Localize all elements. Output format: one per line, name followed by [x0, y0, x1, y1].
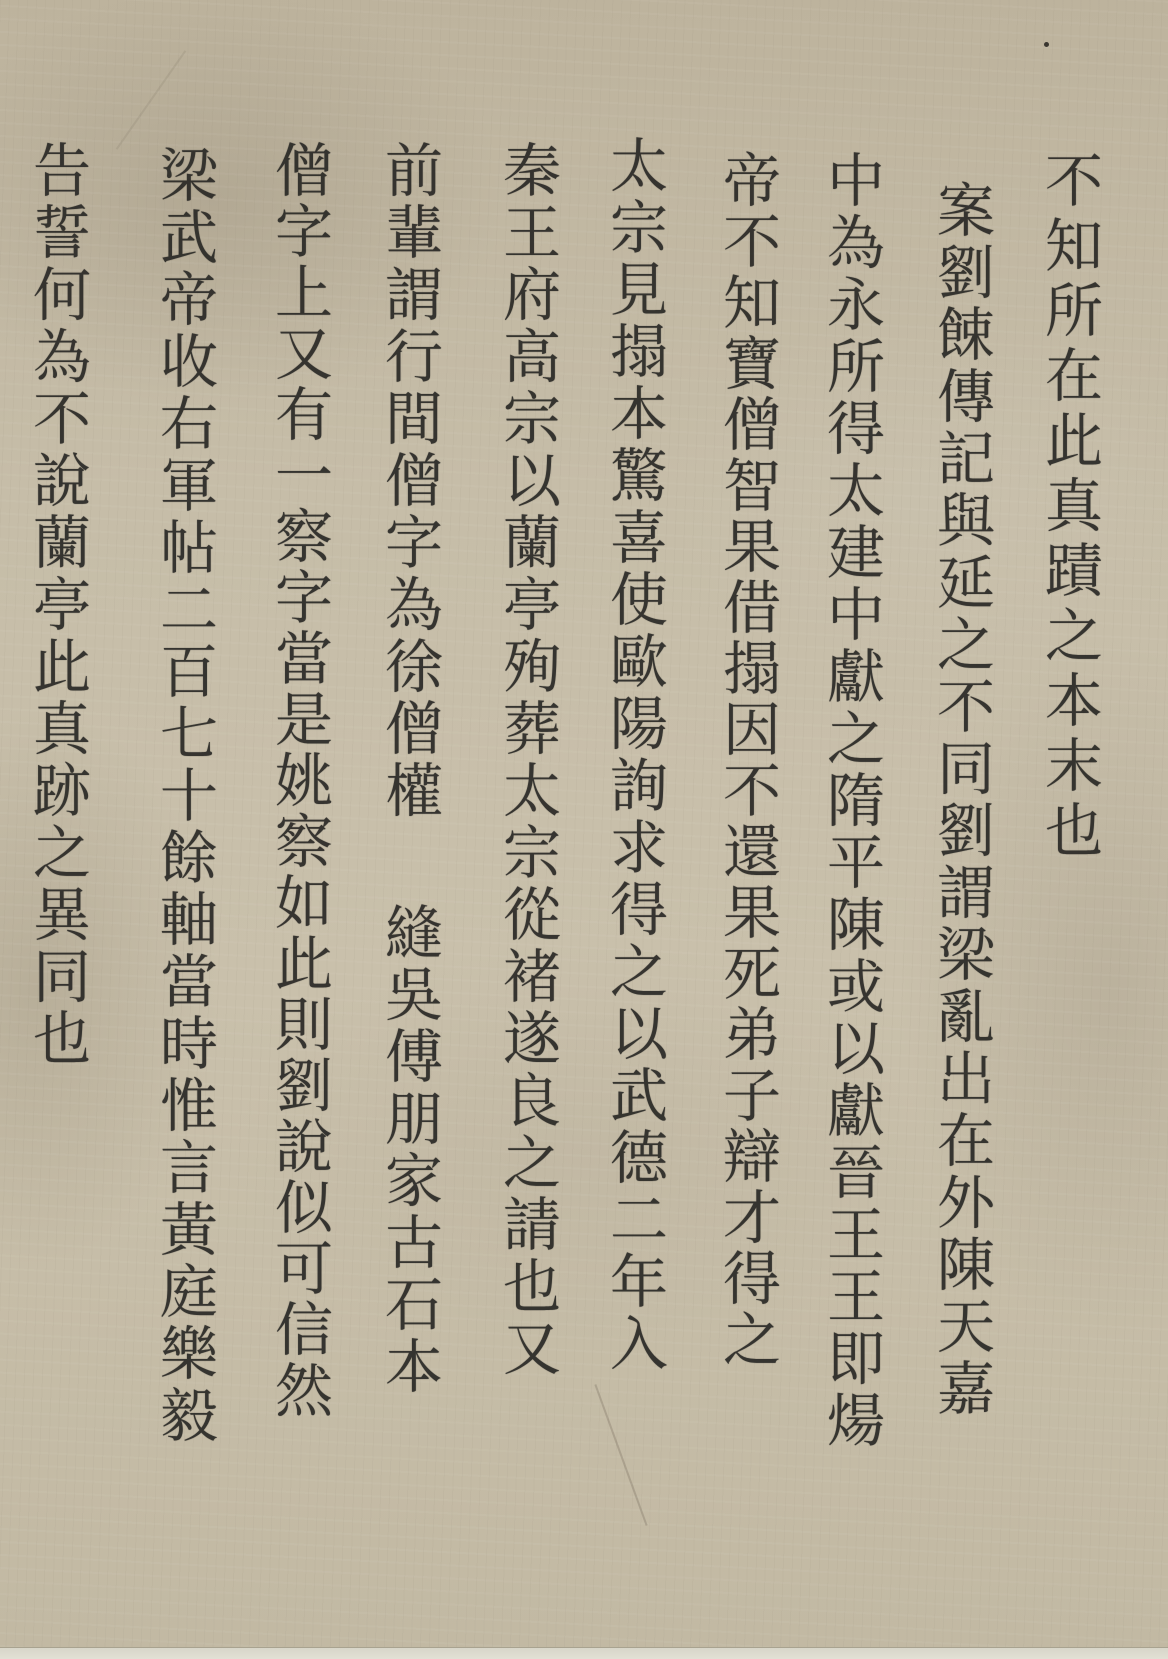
mounting-strip: [0, 1647, 1168, 1659]
text-column-1: 不知所在此真蹟之本末也: [1040, 150, 1098, 865]
ink-dot: [1044, 42, 1049, 47]
text-column-9: 梁武帝收右軍帖二百七十餘軸當時惟言黃庭樂毅: [155, 145, 213, 1447]
text-column-2: 案劉餗傳記與延之不同劉謂梁亂出在外陳天嘉: [932, 180, 990, 1420]
text-column-3: 中為永所得太建中獻之隋平陳或以獻晉王王即煬: [822, 150, 880, 1452]
text-column-5: 太宗見搨本驚喜使歐陽詢求得之以武德二年入: [605, 135, 663, 1375]
text-column-4: 帝不知寶僧智果借搨因不還果死弟子辯才得之: [718, 150, 776, 1370]
text-column-6: 秦王府高宗以蘭亭殉葬太宗從褚遂良之請也又: [498, 140, 556, 1380]
text-column-7: 前輩謂行間僧字為徐僧權縫吳傅朋家古石本: [380, 140, 438, 1398]
text-column-7-part-2: 縫吳傅朋家古石本: [375, 902, 443, 1398]
text-column-8: 僧字上又有一察字當是姚察如此則劉說似可信然: [270, 140, 328, 1421]
text-column-7-part-1: 前輩謂行間僧字為徐僧權: [375, 140, 443, 822]
text-column-10: 告誓何為不說蘭亭此真跡之異同也: [28, 140, 86, 1070]
